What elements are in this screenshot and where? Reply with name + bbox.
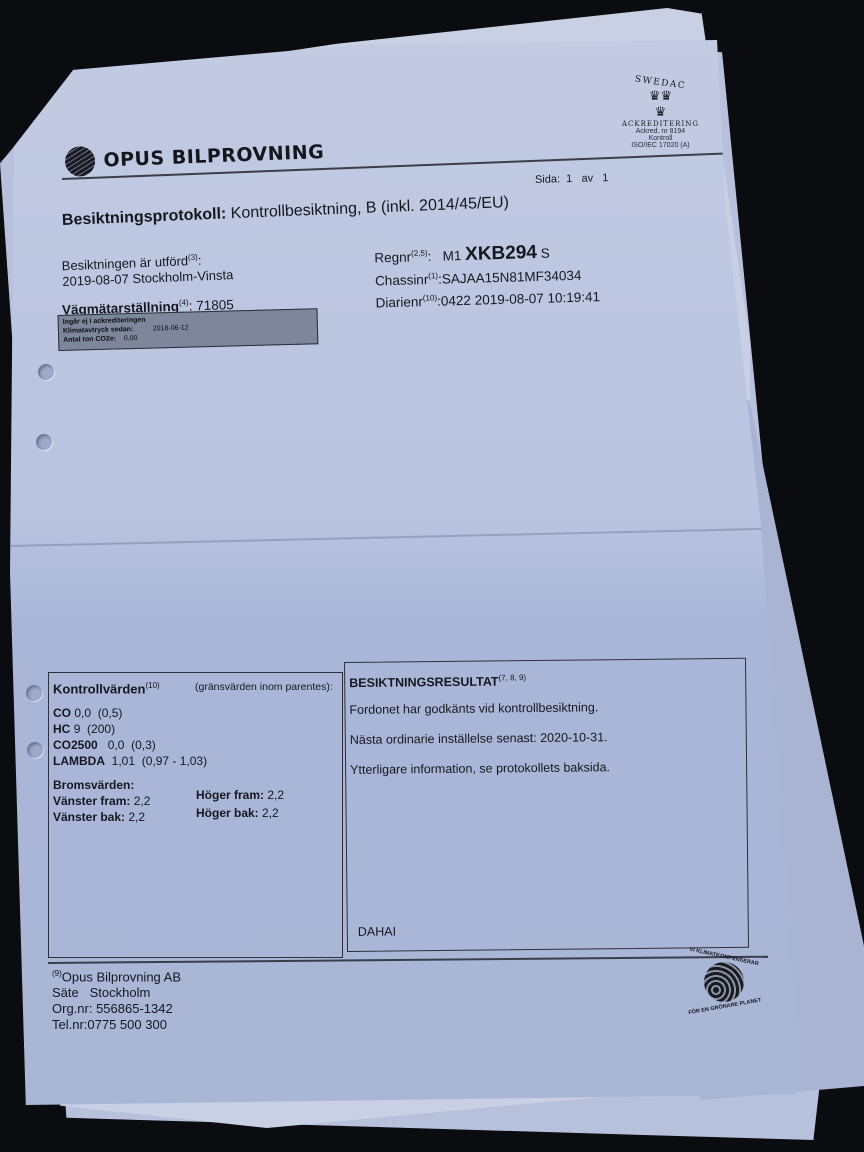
page-current: 1	[566, 173, 572, 185]
control-values-title: Kontrollvärden(10)	[53, 681, 160, 696]
brake-right-front-value: 2,2	[267, 788, 284, 802]
globe-icon	[65, 146, 96, 177]
co2-label: Antal ton CO2e:	[63, 335, 116, 343]
company-info: (9)Opus Bilprovning AB Säte Stockholm Or…	[52, 966, 181, 1033]
brake-right-front-label: Höger fram:	[196, 788, 264, 802]
vehicle-id-block: Regnr(2,5): M1 XKB294 S Chassinr(1):SAJA…	[374, 239, 600, 313]
result-title: BESIKTNINGSRESULTAT(7, 8, 9)	[349, 673, 526, 690]
regnr-sup: (2,5)	[411, 249, 428, 258]
result-title-sup: (7, 8, 9)	[498, 673, 526, 682]
brake-left-rear-value: 2,2	[128, 810, 145, 824]
brake-values-right: Höger fram: 2,2 Höger bak: 2,2	[196, 787, 284, 821]
page-number: Sida: 1 av 1	[535, 172, 609, 186]
company-name: Opus Bilprovning AB	[62, 969, 181, 984]
diarie-label: Diarienr	[375, 294, 423, 310]
performed-sup: (3)	[188, 253, 198, 262]
punch-hole	[26, 685, 42, 701]
brakes-title: Bromsvärden:	[53, 778, 134, 792]
co2-value: 0,00	[124, 335, 138, 342]
control-name: HC	[53, 722, 70, 736]
seat-label: Säte	[52, 985, 79, 1000]
brake-values: Bromsvärden: Vänster fram: 2,2 Vänster b…	[53, 777, 150, 825]
control-value: 0,0	[108, 738, 125, 752]
control-limit: (0,5)	[98, 706, 123, 720]
limits-note: (gränsvärden inom parentes):	[195, 681, 333, 693]
regnr-value: XKB294	[465, 242, 537, 265]
diarie-row: Diarienr(10):0422 2019-08-07 10:19:41	[375, 284, 600, 313]
control-value: 9	[74, 722, 81, 736]
brand-name: OPUS BILPROVNING	[103, 141, 325, 171]
brand-logo: OPUS BILPROVNING	[65, 137, 325, 177]
result-more-info: Ytterligare information, se protokollets…	[350, 760, 610, 777]
control-name: LAMBDA	[53, 754, 105, 768]
title-bold: Besiktningsprotokoll:	[62, 205, 227, 229]
org-number: Org.nr: 556865-1342	[52, 1001, 181, 1017]
paper-fold	[10, 527, 800, 547]
brake-left-front-value: 2,2	[134, 794, 151, 808]
control-value: 0,0	[74, 706, 91, 720]
footer-sup: (9)	[52, 969, 62, 978]
control-values-box: Kontrollvärden(10) (gränsvärden inom par…	[48, 672, 343, 958]
chassi-value: SAJAA15N81MF34034	[442, 267, 582, 286]
seat-value: Stockholm	[90, 985, 151, 1000]
control-limit: (0,97 - 1,03)	[142, 754, 207, 768]
diarie-value: 0422 2019-08-07 10:19:41	[441, 289, 600, 308]
brake-left-rear-label: Vänster bak:	[53, 810, 125, 824]
diarie-sup: (10)	[423, 293, 437, 302]
control-name: CO2500	[53, 738, 98, 752]
inspection-result-box: BESIKTNINGSRESULTAT(7, 8, 9) Fordonet ha…	[344, 658, 749, 952]
punch-hole	[36, 434, 52, 450]
punch-hole	[38, 364, 54, 380]
climate-footprint-box: Ingår ej i ackrediteringen Klimatavtryck…	[58, 308, 319, 351]
inspector-signature: DAHAI	[358, 924, 396, 938]
control-row-co: CO 0,0 (0,5)	[53, 705, 207, 721]
control-limit: (0,3)	[131, 738, 156, 752]
climate-since-value: 2018-06-12	[153, 325, 189, 333]
control-limit: (200)	[87, 722, 115, 736]
inspection-protocol-page: OPUS BILPROVNING SWEDAC ♛♛♛ ACKREDITERIN…	[10, 40, 800, 1105]
control-row-hc: HC 9 (200)	[53, 721, 207, 737]
crowns-icon: ♛♛♛	[622, 88, 699, 120]
punch-hole	[27, 742, 43, 758]
swedac-bottom-text: ACKREDITERING	[622, 120, 699, 128]
control-values-list: CO 0,0 (0,5) HC 9 (200) CO2500 0,0 (0,3)…	[53, 705, 207, 769]
control-title-text: Kontrollvärden	[53, 681, 145, 696]
climate-compensation-seal: VI KLIMATKOMPENSERAR FÖR EN GRÖNARE PLAN…	[688, 950, 760, 1022]
swedac-seal: SWEDAC ♛♛♛ ACKREDITERING Ackred. nr 8194…	[622, 78, 699, 149]
regnr-suffix: S	[541, 246, 550, 261]
control-row-lambda: LAMBDA 1,01 (0,97 - 1,03)	[53, 753, 207, 769]
phone-number: Tel.nr:0775 500 300	[52, 1017, 181, 1033]
swedac-kontroll: Kontroll	[622, 135, 699, 142]
regnr-label: Regnr	[374, 249, 411, 265]
title-rest: Kontrollbesiktning, B (inkl. 2014/45/EU)	[230, 194, 509, 222]
control-name: CO	[53, 706, 71, 720]
odometer-sup: (4)	[179, 298, 189, 307]
control-row-co2500: CO2500 0,0 (0,3)	[53, 737, 207, 753]
globe-icon	[704, 962, 744, 1002]
page-label: Sida:	[535, 173, 560, 186]
control-value: 1,01	[112, 754, 135, 768]
result-approved: Fordonet har godkänts vid kontrollbesikt…	[349, 700, 598, 717]
document-title: Besiktningsprotokoll: Kontrollbesiktning…	[62, 194, 510, 230]
page-total: 1	[602, 172, 608, 184]
swedac-ackred: Ackred. nr 8194	[622, 128, 699, 135]
result-next-inspection: Nästa ordinarie inställelse senast: 2020…	[350, 730, 608, 747]
result-title-text: BESIKTNINGSRESULTAT	[349, 675, 498, 691]
control-title-sup: (10)	[145, 681, 159, 690]
swedac-iso: ISO/IEC 17020 (A)	[622, 142, 699, 149]
regnr-prefix: M1	[442, 248, 461, 264]
brake-right-rear-label: Höger bak:	[196, 806, 259, 820]
brake-right-rear-value: 2,2	[262, 806, 279, 820]
chassi-label: Chassinr	[375, 272, 429, 288]
chassi-sup: (1)	[428, 271, 438, 280]
performed-block: Besiktningen är utförd(3): 2019-08-07 St…	[61, 248, 233, 290]
page-of: av	[581, 172, 593, 184]
brake-left-front-label: Vänster fram:	[53, 794, 130, 808]
